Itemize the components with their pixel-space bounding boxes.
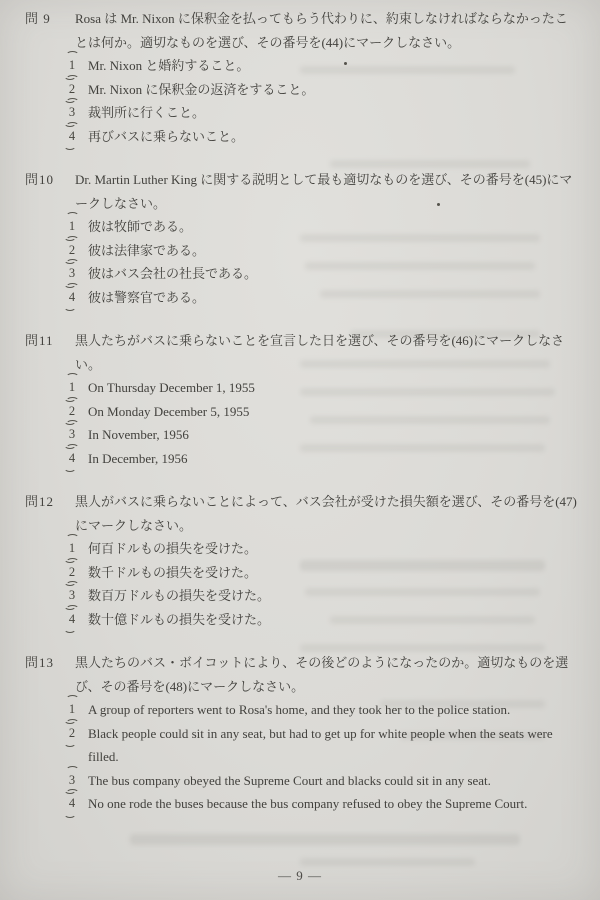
choice-row: 4 彼は警察官である。 bbox=[65, 286, 578, 310]
question-number: 問10 bbox=[25, 168, 75, 192]
question-block-13: 問13 黒人たちのバス・ボイコットにより、その後どのようになったのか。適切なもの… bbox=[25, 651, 578, 816]
choice-number: 4 bbox=[65, 608, 79, 632]
question-number: 問13 bbox=[25, 651, 75, 675]
choice-number: 4 bbox=[65, 125, 79, 149]
choice-text: 数千ドルもの損失を受けた。 bbox=[88, 561, 578, 585]
question-number: 問11 bbox=[25, 329, 75, 353]
choice-text: No one rode the buses because the bus co… bbox=[88, 792, 578, 816]
choice-text: In November, 1956 bbox=[88, 423, 578, 447]
page-footer: — 9 — bbox=[0, 868, 600, 884]
choice-list: 1 Mr. Nixon と婚約すること。 2 Mr. Nixon に保釈金の返済… bbox=[25, 54, 578, 148]
choice-number: 1 bbox=[65, 54, 79, 78]
choice-number: 1 bbox=[65, 215, 79, 239]
question-text: Dr. Martin Luther King に関する説明として最も適切なものを… bbox=[75, 168, 578, 215]
choice-row: 2 On Monday December 5, 1955 bbox=[65, 400, 578, 424]
choice-row: 4 数十億ドルもの損失を受けた。 bbox=[65, 608, 578, 632]
choice-row: 2 彼は法律家である。 bbox=[65, 239, 578, 263]
choice-text: 彼はバス会社の社長である。 bbox=[88, 262, 578, 286]
choice-row: 4 再びバスに乗らないこと。 bbox=[65, 125, 578, 149]
choice-text: The bus company obeyed the Supreme Court… bbox=[88, 769, 578, 793]
question-number: 問12 bbox=[25, 490, 75, 514]
choice-text: 彼は牧師である。 bbox=[88, 215, 578, 239]
choice-row: 1 彼は牧師である。 bbox=[65, 215, 578, 239]
choice-row: 1 A group of reporters went to Rosa's ho… bbox=[65, 698, 578, 722]
choice-row: 3 数百万ドルもの損失を受けた。 bbox=[65, 584, 578, 608]
question-block-12: 問12 黒人がバスに乗らないことによって、バス会社が受けた損失額を選び、その番号… bbox=[25, 490, 578, 631]
choice-text: A group of reporters went to Rosa's home… bbox=[88, 698, 578, 722]
choice-row: 1 何百ドルもの損失を受けた。 bbox=[65, 537, 578, 561]
choice-number: 3 bbox=[65, 423, 79, 447]
choice-row: 1 On Thursday December 1, 1955 bbox=[65, 376, 578, 400]
question-block-10: 問10 Dr. Martin Luther King に関する説明として最も適切… bbox=[25, 168, 578, 309]
choice-number: 2 bbox=[65, 722, 79, 746]
choice-text: On Thursday December 1, 1955 bbox=[88, 376, 578, 400]
choice-text: 数十億ドルもの損失を受けた。 bbox=[88, 608, 578, 632]
question-block-11: 問11 黒人たちがバスに乗らないことを宣言した日を選び、その番号を(46)にマー… bbox=[25, 329, 578, 470]
choice-row: 3 彼はバス会社の社長である。 bbox=[65, 262, 578, 286]
choice-list: 1 彼は牧師である。 2 彼は法律家である。 3 彼はバス会社の社長である。 4… bbox=[25, 215, 578, 309]
choice-number: 1 bbox=[65, 376, 79, 400]
page-number: — 9 — bbox=[278, 868, 322, 883]
choice-number: 3 bbox=[65, 584, 79, 608]
choice-list: 1 何百ドルもの損失を受けた。 2 数千ドルもの損失を受けた。 3 数百万ドルも… bbox=[25, 537, 578, 631]
choice-text: On Monday December 5, 1955 bbox=[88, 400, 578, 424]
choice-text: 何百ドルもの損失を受けた。 bbox=[88, 537, 578, 561]
choice-list: 1 A group of reporters went to Rosa's ho… bbox=[25, 698, 578, 816]
question-block-9: 問 9 Rosa は Mr. Nixon に保釈金を払ってもらう代わりに、約束し… bbox=[25, 7, 578, 148]
choice-text: Mr. Nixon と婚約すること。 bbox=[88, 54, 578, 78]
question-text: Rosa は Mr. Nixon に保釈金を払ってもらう代わりに、約束しなければ… bbox=[75, 7, 578, 54]
choice-row: 3 裁判所に行くこと。 bbox=[65, 101, 578, 125]
choice-number: 4 bbox=[65, 447, 79, 471]
choice-text: Black people could sit in any seat, but … bbox=[88, 722, 578, 769]
choice-row: 4 In December, 1956 bbox=[65, 447, 578, 471]
question-number: 問 9 bbox=[25, 7, 75, 31]
choice-number: 1 bbox=[65, 537, 79, 561]
question-text: 黒人たちのバス・ボイコットにより、その後どのようになったのか。適切なものを選び、… bbox=[75, 651, 578, 698]
choice-row: 3 The bus company obeyed the Supreme Cou… bbox=[65, 769, 578, 793]
choice-number: 4 bbox=[65, 286, 79, 310]
choice-row: 3 In November, 1956 bbox=[65, 423, 578, 447]
choice-number: 1 bbox=[65, 698, 79, 722]
choice-number: 3 bbox=[65, 262, 79, 286]
choice-list: 1 On Thursday December 1, 1955 2 On Mond… bbox=[25, 376, 578, 470]
choice-text: 再びバスに乗らないこと。 bbox=[88, 125, 578, 149]
question-text: 黒人がバスに乗らないことによって、バス会社が受けた損失額を選び、その番号を(47… bbox=[75, 490, 578, 537]
choice-row: 2 Mr. Nixon に保釈金の返済をすること。 bbox=[65, 78, 578, 102]
choice-text: 数百万ドルもの損失を受けた。 bbox=[88, 584, 578, 608]
choice-number: 4 bbox=[65, 792, 79, 816]
choice-text: 裁判所に行くこと。 bbox=[88, 101, 578, 125]
choice-row: 2 Black people could sit in any seat, bu… bbox=[65, 722, 578, 769]
choice-text: 彼は法律家である。 bbox=[88, 239, 578, 263]
question-text: 黒人たちがバスに乗らないことを宣言した日を選び、その番号を(46)にマークしなさ… bbox=[75, 329, 578, 376]
exam-page: 問 9 Rosa は Mr. Nixon に保釈金を払ってもらう代わりに、約束し… bbox=[0, 0, 600, 900]
choice-text: 彼は警察官である。 bbox=[88, 286, 578, 310]
choice-row: 2 数千ドルもの損失を受けた。 bbox=[65, 561, 578, 585]
choice-text: In December, 1956 bbox=[88, 447, 578, 471]
choice-text: Mr. Nixon に保釈金の返済をすること。 bbox=[88, 78, 578, 102]
choice-number: 3 bbox=[65, 101, 79, 125]
questions-area: 問 9 Rosa は Mr. Nixon に保釈金を払ってもらう代わりに、約束し… bbox=[25, 7, 578, 836]
choice-row: 1 Mr. Nixon と婚約すること。 bbox=[65, 54, 578, 78]
choice-row: 4 No one rode the buses because the bus … bbox=[65, 792, 578, 816]
